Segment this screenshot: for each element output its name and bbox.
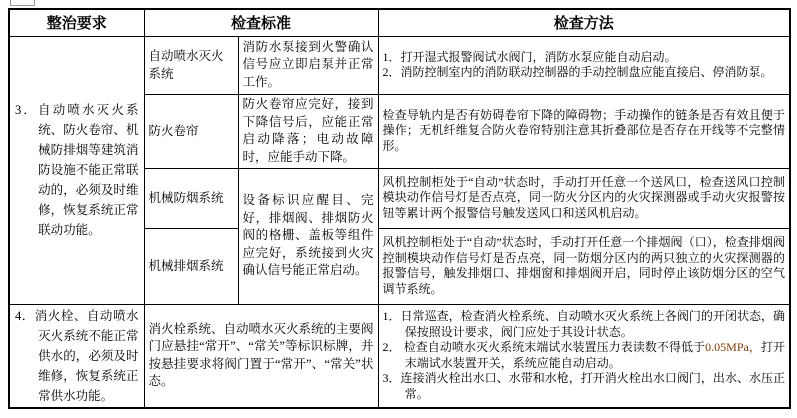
standard-fire-curtain-text: 防火卷帘应完好，接到下降信号后，应能正常启动降落；电动故障时，应能手动下降。 — [243, 96, 374, 166]
cell-method-smoke-control: 风机控制柜处于“自动”状态时，手动打开任意一个送风口，检查送风口控制模块动作信号… — [378, 168, 790, 228]
method-hydrant-item-2: 2． 检查自动喷水灭火系统末端试水装置压力表读数不得低于0.05MPa，打开末端… — [383, 340, 786, 371]
inspection-table: 整治要求 检查标准 检查方法 3．自动喷水灭火系统、防火卷帘、机械防排烟等建筑消… — [8, 8, 791, 409]
method-fire-curtain-text: 检查导轨内是否有妨碍卷帘下降的障碍物；手动操作的链条是否有效且便于操作；无机纤维… — [383, 108, 786, 155]
standard-smoke-shared-text: 设备标识应醒目、完好，排烟阀、排烟防火阀的格栅、盖板等组件应完好，系统接到火灾确… — [243, 192, 374, 280]
method-hydrant-item-1: 1．日常巡查，检查消火栓系统、自动喷水灭火系统上各阀门的开闭状态，确保按照设计要… — [383, 309, 786, 340]
cell-system-sprinkler: 自动喷水灭火系统 — [144, 36, 238, 94]
cell-method-smoke-exhaust: 风机控制柜处于“自动”状态时，手动打开任意一个排烟阀（口），检查排烟阀控制模块动… — [378, 228, 790, 304]
cropped-ui-artifact — [10, 0, 35, 6]
method-sprinkler-item-1: 1．打开湿式报警阀试水阀门，消防水泵应能自动启动。 — [383, 50, 786, 66]
method-sprinkler-item-2: 2．消防控制室内的消防联动控制器的手动控制盘应能直接启、停消防泵。 — [383, 65, 786, 81]
standard-hydrant-text: 消火栓系统、自动喷水灭火系统的主要阀门应悬挂“常开”、“常关”等标识标牌，并按悬… — [149, 321, 374, 391]
requirement-3-text: 3．自动喷水灭火系统、防火卷帘、机械防排烟等建筑消防设施不能正常联动的，必须及时… — [15, 100, 139, 240]
system-label-fire-curtain: 防火卷帘 — [149, 122, 234, 140]
cell-system-fire-curtain: 防火卷帘 — [144, 94, 238, 168]
header-cell-standards: 检查标准 — [144, 9, 378, 36]
system-label-smoke-control: 机械防烟系统 — [149, 189, 234, 207]
header-cell-methods: 检查方法 — [378, 9, 790, 36]
cell-method-sprinkler: 1．打开湿式报警阀试水阀门，消防水泵应能自动启动。 2．消防控制室内的消防联动控… — [378, 36, 790, 94]
cell-standard-sprinkler: 消防水泵接到火警确认信号应立即启泵并正常工作。 — [238, 36, 378, 94]
table-row: 4．消火栓、自动喷水灭火系统不能正常供水的，必须及时维修，恢复系统正常供水功能。… — [9, 304, 790, 408]
cell-requirement-4: 4．消火栓、自动喷水灭火系统不能正常供水的，必须及时维修，恢复系统正常供水功能。 — [9, 304, 144, 408]
cell-system-smoke-control: 机械防烟系统 — [144, 168, 238, 228]
pressure-value-highlight: 0.05MPa， — [705, 340, 761, 354]
page-canvas: 整治要求 检查标准 检查方法 3．自动喷水灭火系统、防火卷帘、机械防排烟等建筑消… — [0, 0, 797, 418]
method-hydrant-item-2-pre: 2． 检查自动喷水灭火系统末端试水装置压力表读数不得低于 — [383, 340, 706, 354]
cell-method-hydrant: 1．日常巡查，检查消火栓系统、自动喷水灭火系统上各阀门的开闭状态，确保按照设计要… — [378, 304, 790, 408]
cell-method-fire-curtain: 检查导轨内是否有妨碍卷帘下降的障碍物；手动操作的链条是否有效且便于操作；无机纤维… — [378, 94, 790, 168]
system-label-sprinkler: 自动喷水灭火系统 — [149, 47, 234, 83]
cell-requirement-3: 3．自动喷水灭火系统、防火卷帘、机械防排烟等建筑消防设施不能正常联动的，必须及时… — [9, 36, 144, 304]
method-hydrant-item-3: 3．连接消火栓出水口、水带和水枪，打开消火栓出水口阀门，出水、水压正常。 — [383, 371, 786, 402]
cell-standard-smoke-shared: 设备标识应醒目、完好，排烟阀、排烟防火阀的格栅、盖板等组件应完好，系统接到火灾确… — [238, 168, 378, 304]
requirement-4-text: 4．消火栓、自动喷水灭火系统不能正常供水的，必须及时维修，恢复系统正常供水功能。 — [15, 306, 139, 406]
header-cell-requirements: 整治要求 — [9, 9, 144, 36]
cell-system-smoke-exhaust: 机械排烟系统 — [144, 228, 238, 304]
cell-standard-hydrant: 消火栓系统、自动喷水灭火系统的主要阀门应悬挂“常开”、“常关”等标识标牌，并按悬… — [144, 304, 378, 408]
system-label-smoke-exhaust: 机械排烟系统 — [149, 257, 234, 275]
table-row: 3．自动喷水灭火系统、防火卷帘、机械防排烟等建筑消防设施不能正常联动的，必须及时… — [9, 36, 790, 94]
method-smoke-exhaust-text: 风机控制柜处于“自动”状态时，手动打开任意一个排烟阀（口），检查排烟阀控制模块动… — [383, 235, 786, 297]
table-header-row: 整治要求 检查标准 检查方法 — [9, 9, 790, 36]
method-smoke-control-text: 风机控制柜处于“自动”状态时，手动打开任意一个送风口，检查送风口控制模块动作信号… — [383, 175, 786, 222]
cell-standard-fire-curtain: 防火卷帘应完好，接到下降信号后，应能正常启动降落；电动故障时，应能手动下降。 — [238, 94, 378, 168]
standard-sprinkler-text: 消防水泵接到火警确认信号应立即启泵并正常工作。 — [243, 39, 374, 92]
